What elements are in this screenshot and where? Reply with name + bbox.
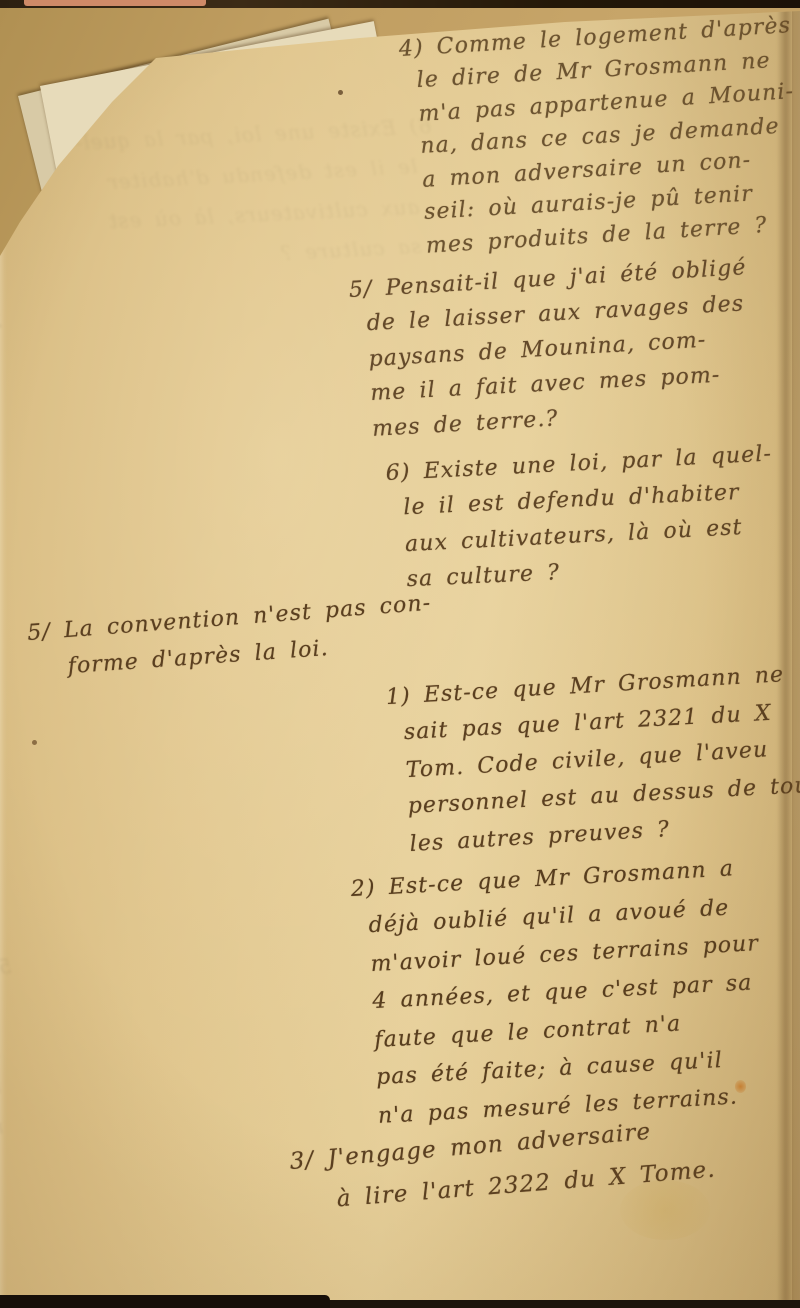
bleed-through-text: 5/ Pensait-il que j'ai été obligéde le l… (0, 945, 20, 1164)
section-1-article-2321: 1) Est-ce que Mr Grosmann nesait pas que… (385, 656, 800, 863)
margin-note-convention: 5/ La convention n'est pas con-forme d'a… (26, 586, 435, 688)
ghost-line: 2) Est-ce que Mr Grosmann a (0, 301, 2, 357)
bleed-through-text: 6) Existe une loi, par la quel-le il est… (73, 105, 438, 283)
section-2-contrat-oublie: 2) Est-ce que Mr Grosmann adéjà oublié q… (350, 850, 767, 1135)
binding-edge (792, 8, 800, 1302)
section-5-question-ravages: 5/ Pensait-il que j'ai été obligéde le l… (348, 251, 755, 447)
ghost-line: mes de terre.? (0, 1107, 4, 1164)
photo-bottom-edge-left (0, 1295, 330, 1308)
paper-stain (620, 1180, 710, 1240)
ink-dot (338, 90, 343, 95)
manuscript-photo: 2) Est-ce que Mr Grosmann adéjà oublié q… (0, 0, 800, 1308)
ghost-line: 5/ Pensait-il que j'ai été obligé (0, 946, 12, 1003)
binding-gutter-shadow (777, 8, 793, 1302)
manuscript-page: 2) Est-ce que Mr Grosmann adéjà oublié q… (0, 0, 800, 1308)
ink-dot (32, 740, 37, 745)
bleed-through-text: 2) Est-ce que Mr Grosmann adéjà oublié q… (0, 300, 14, 585)
red-paper-edge (24, 0, 206, 6)
rust-speck (735, 1080, 746, 1093)
section-6-question-loi: 6) Existe une loi, par la quel-le il est… (385, 437, 778, 598)
section-4-question-logement: 4) Comme le logement d'aprèsle dire de M… (398, 10, 800, 263)
